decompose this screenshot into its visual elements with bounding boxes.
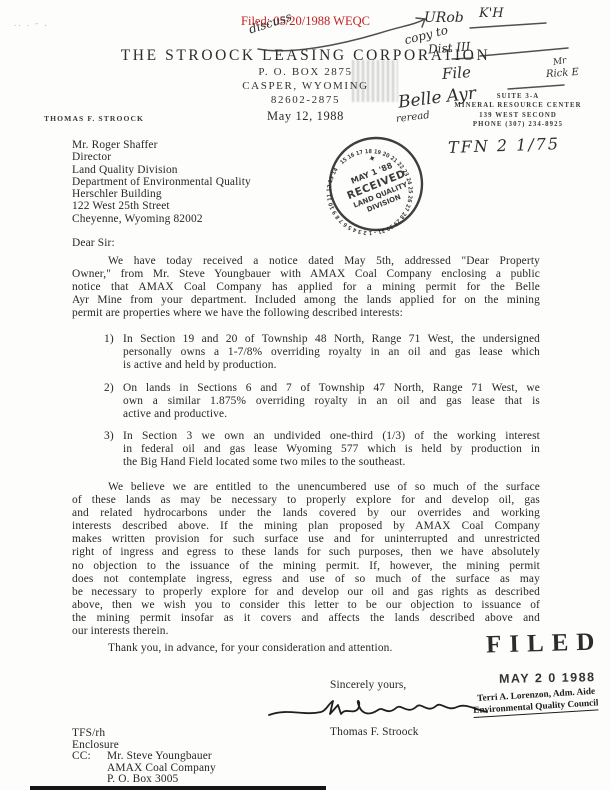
body-line: personally owns a 1-7/8% overriding roya… [123,346,540,359]
recipient-line: 122 West 25th Street [72,200,251,212]
body-line: is active and held by production. [123,359,540,372]
body-line: In Section 3 we own an undivided one-thi… [123,430,540,443]
signature-scribble [266,688,491,728]
body-line: We believe we are entitled to the unencu… [72,481,540,494]
file-ink-line [508,85,564,89]
body-line: above, then we wish you to consider this… [72,599,540,612]
list-item-1: 1) In Section 19 and 20 of Township 48 N… [104,333,540,372]
long-ink-line [480,48,568,56]
body-line: the Big Hand Field located some two mile… [123,456,540,469]
body-line: interests described above. If the mining… [72,520,540,533]
body-line: permit are properties where we have the … [72,307,540,320]
body-line: no objection to the issuance of the mini… [72,560,540,573]
list-item-number: 2) [104,382,114,395]
recipient-line: Department of Environmental Quality [72,176,251,188]
cc-line: Mr. Steve Youngbauer [107,750,212,762]
body-line: Owner," from Mr. Steve Youngbauer with A… [72,268,540,281]
body-line: We have today received a notice dated Ma… [72,255,540,268]
footer-block: TFS/rh Enclosure CC:Mr. Steve Youngbauer… [72,728,372,790]
recipient-line: Mr. Roger Shaffer [72,139,251,151]
body-line: active and productive. [123,408,540,421]
thanks-line: Thank you, in advance, for your consider… [108,642,393,655]
filed-stamp-date: MAY 2 0 1988 [499,670,596,686]
body-line: be necessary to properly explore for and… [72,586,540,599]
list-item-3: 3) In Section 3 we own an undivided one-… [104,430,540,469]
body-line: makes written provision for such surface… [72,533,540,546]
filed-stamp-word: FILED [486,628,603,659]
body-line: notice that AMAX Coal Company has applie… [72,281,540,294]
received-stamp: 15 16 17 18 19 20 21 22 23 24 25 26 27 2… [326,131,426,237]
body-line: On lands in Sections 6 and 7 of Township… [123,382,540,395]
salutation: Dear Sir: [72,237,115,250]
typist-initials: TFS/rh [72,728,372,740]
paragraph-2: We believe we are entitled to the unencu… [72,481,540,638]
body-line: own a similar 1.875% overriding royalty … [123,395,540,408]
underline-kh [470,23,546,28]
pencil-marks: .. . - . [14,18,49,28]
body-line: right of ingress and egress to these lan… [72,546,540,559]
underline-dist [452,58,473,59]
body-line: of these lands as may be necessary to pr… [72,494,540,507]
body-line: in federal oil and gas lease Wyoming 577… [123,443,540,456]
cc-line: P. O. Box 3005 [107,774,372,786]
body-line: the mining permit insofar as it covers a… [72,612,540,625]
body-line: In Section 19 and 20 of Township 48 Nort… [123,333,540,346]
body-line: our interests therein. [72,625,540,638]
scan-artifact-bar [30,786,326,790]
body-line: does not contemplate ingress, egress and… [72,573,540,586]
recipient-line: Land Quality Division [72,164,251,176]
list-item-number: 1) [104,333,114,346]
recipient-line: Cheyenne, Wyoming 82002 [72,213,251,225]
list-item-2: 2) On lands in Sections 6 and 7 of Towns… [104,382,540,421]
arrow-annotation [258,19,425,51]
list-item-number: 3) [104,430,114,443]
recipient-line: Herschler Building [72,188,251,200]
cc-label: CC: [72,751,107,763]
body-line: and related hydrocarbons under the lands… [72,507,540,520]
cc-row: CC:Mr. Steve Youngbauer [72,751,372,763]
scanned-letter-page: Filed: 05/20/1988 WEQC .. . - . THE STRO… [0,0,611,790]
body-line: Ayr Mine from your department. Included … [72,294,540,307]
recipient-address-block: Mr. Roger Shaffer Director Land Quality … [72,139,251,225]
recipient-line: Director [72,151,251,163]
paragraph-1: We have today received a notice dated Ma… [72,255,540,320]
officer-name: THOMAS F. STROOCK [44,114,144,123]
